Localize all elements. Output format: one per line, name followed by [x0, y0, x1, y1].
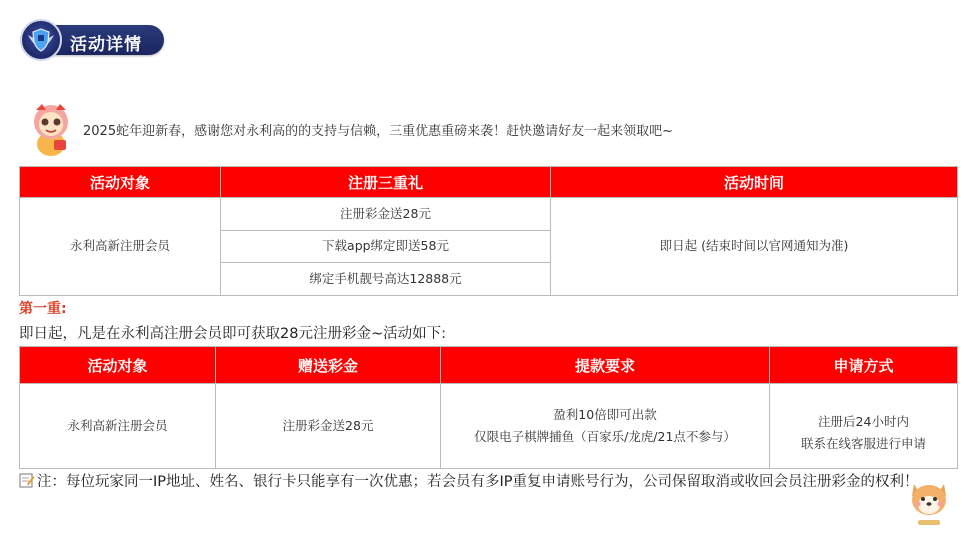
page-title: 活动详情	[70, 30, 142, 55]
cell-time: 即日起 (结束时间以官网通知为准)	[551, 198, 958, 296]
cell-target: 永利高新注册会员	[20, 198, 221, 296]
apply-line-1: 注册后24小时内	[770, 411, 957, 433]
lion-dance-mascot-icon	[28, 100, 74, 158]
cell-gift-3: 绑定手机靓号高达12888元	[221, 263, 551, 296]
shield-emblem-icon	[20, 19, 62, 61]
col-header-time: 活动时间	[551, 167, 958, 198]
section-description: 即日起，凡是在永利高注册会员即可获取28元注册彩金~活动如下:	[19, 322, 446, 343]
memo-icon	[19, 472, 35, 488]
col-header-gifts: 注册三重礼	[221, 167, 551, 198]
terms-note-text: 注：每位玩家同一IP地址、姓名、银行卡只能享有一次优惠；若会员有多IP重复申请账…	[37, 474, 919, 490]
terms-note: 注：每位玩家同一IP地址、姓名、银行卡只能享有一次优惠；若会员有多IP重复申请账…	[19, 469, 959, 495]
shiba-dog-mascot-icon[interactable]	[906, 478, 952, 528]
col-header-withdraw: 提款要求	[441, 347, 770, 384]
table-row: 永利高新注册会员 注册彩金送28元 即日起 (结束时间以官网通知为准)	[20, 198, 958, 231]
withdraw-line-1: 盈利10倍即可出款	[441, 404, 769, 426]
col-header-bonus: 赠送彩金	[216, 347, 441, 384]
apply-line-2: 联系在线客服进行申请	[770, 433, 957, 455]
cell-gift-1: 注册彩金送28元	[221, 198, 551, 231]
col-header-target: 活动对象	[20, 347, 216, 384]
cell-gift-2: 下载app绑定即送58元	[221, 230, 551, 263]
intro-banner: 2025蛇年迎新春，感谢您对永利高的的支持与信赖，三重优惠重磅来袭！赶快邀请好友…	[28, 100, 928, 158]
intro-text: 2025蛇年迎新春，感谢您对永利高的的支持与信赖，三重优惠重磅来袭！赶快邀请好友…	[83, 120, 673, 139]
cell-withdraw: 盈利10倍即可出款 仅限电子棋牌捕鱼（百家乐/龙虎/21点不参与）	[441, 384, 770, 469]
cell-bonus: 注册彩金送28元	[216, 384, 441, 469]
activity-title-badge: 活动详情	[20, 19, 164, 61]
section-label: 第一重:	[19, 298, 67, 318]
col-header-apply: 申请方式	[770, 347, 958, 384]
cell-apply: 注册后24小时内 联系在线客服进行申请	[770, 384, 958, 469]
overview-header-row: 活动对象 注册三重礼 活动时间	[20, 167, 958, 198]
overview-table: 活动对象 注册三重礼 活动时间 永利高新注册会员 注册彩金送28元 即日起 (结…	[19, 166, 958, 296]
table-row: 永利高新注册会员 注册彩金送28元 盈利10倍即可出款 仅限电子棋牌捕鱼（百家乐…	[20, 384, 958, 469]
col-header-target: 活动对象	[20, 167, 221, 198]
detail-table: 活动对象 赠送彩金 提款要求 申请方式 永利高新注册会员 注册彩金送28元 盈利…	[19, 346, 958, 469]
withdraw-line-2: 仅限电子棋牌捕鱼（百家乐/龙虎/21点不参与）	[441, 426, 769, 448]
detail-header-row: 活动对象 赠送彩金 提款要求 申请方式	[20, 347, 958, 384]
cell-target: 永利高新注册会员	[20, 384, 216, 469]
